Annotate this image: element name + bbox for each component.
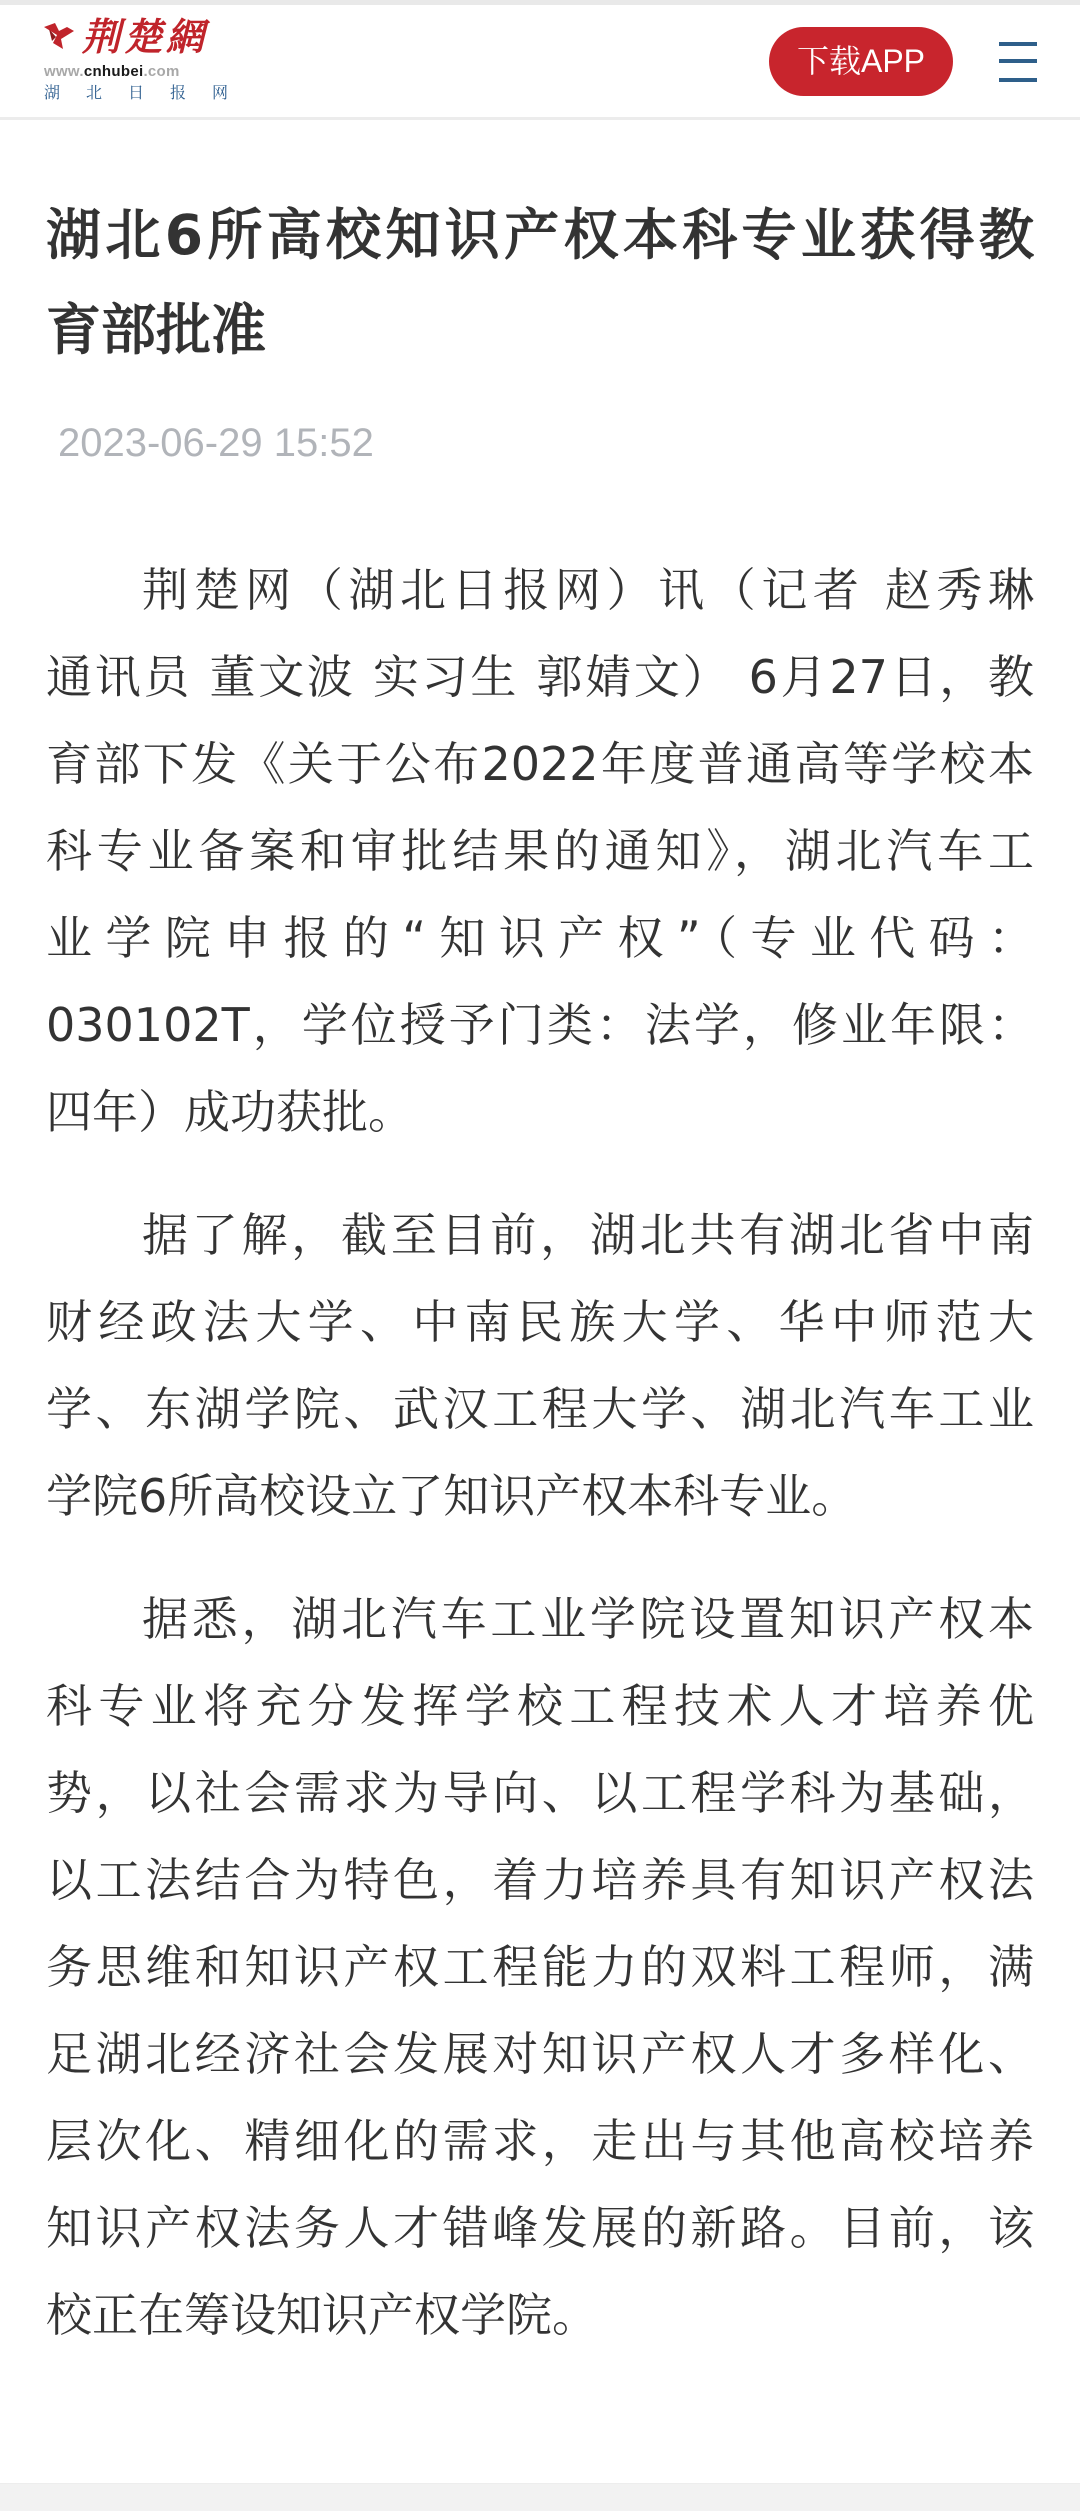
paragraph-line: 业学院申报的“知识产权”（专业代码： [46, 895, 1034, 982]
paragraph-2: 据了解，截至目前，湖北共有湖北省中南 财经政法大学、中南民族大学、华中师范大 学… [46, 1192, 1034, 1540]
paragraph-line: 学、东湖学院、武汉工程大学、湖北汽车工业 [46, 1366, 1034, 1453]
paragraph-3: 据悉，湖北汽车工业学院设置知识产权本 科专业将充分发挥学校工程技术人才培养优 势… [46, 1576, 1034, 2359]
logo-mark-icon [43, 23, 75, 49]
menu-line [999, 59, 1037, 63]
paragraph-line: 层次化、精细化的需求，走出与其他高校培养 [46, 2098, 1034, 2185]
logo-subtitle-char: 日 [128, 84, 144, 102]
download-app-button[interactable]: 下载APP [769, 27, 953, 96]
paragraph-line: 校正在筹设知识产权学院。 [46, 2272, 1034, 2359]
article-title: 湖北6所高校知识产权本科专业获得教 育部批准 [46, 188, 1034, 378]
logo-subtitle-char: 网 [212, 84, 228, 102]
logo-url-suffix: .com [143, 63, 179, 80]
paragraph-line: 育部下发《关于公布2022年度普通高等学校本 [46, 721, 1034, 808]
paragraph-line: 030102T，学位授予门类：法学，修业年限： [46, 982, 1034, 1069]
paragraph-line: 知识产权法务人才错峰发展的新路。目前，该 [46, 2185, 1034, 2272]
paragraph-line: 势，以社会需求为导向、以工程学科为基础， [46, 1750, 1034, 1837]
paragraph-line: 据悉，湖北汽车工业学院设置知识产权本 [46, 1576, 1034, 1663]
site-logo[interactable]: 荆楚網 www.cnhubei.com 湖 北 日 报 网 [40, 19, 240, 111]
paragraph-1: 荆楚网（湖北日报网）讯（记者 赵秀琳 通讯员 董文波 实习生 郭婧文） 6月27… [46, 547, 1034, 1156]
title-line: 湖北6所高校知识产权本科专业获得教 [46, 188, 1034, 283]
paragraph-line: 足湖北经济社会发展对知识产权人才多样化、 [46, 2011, 1034, 2098]
page-footer [0, 2483, 1080, 2511]
logo-subtitle: 湖 北 日 报 网 [44, 84, 228, 102]
paragraph-line: 财经政法大学、中南民族大学、华中师范大 [46, 1279, 1034, 1366]
paragraph-line: 通讯员 董文波 实习生 郭婧文） 6月27日，教 [46, 634, 1034, 721]
paragraph-line: 据了解，截至目前，湖北共有湖北省中南 [46, 1192, 1034, 1279]
logo-subtitle-char: 报 [170, 84, 186, 102]
publish-date: 2023-06-29 15:52 [58, 418, 374, 468]
paragraph-line: 荆楚网（湖北日报网）讯（记者 赵秀琳 [46, 547, 1034, 634]
logo-brand-text: 荆楚網 [82, 17, 208, 57]
logo-url-prefix: www. [44, 63, 84, 80]
menu-line [999, 78, 1037, 82]
paragraph-line: 四年）成功获批。 [46, 1069, 1034, 1156]
hamburger-menu-icon[interactable] [992, 33, 1044, 87]
paragraph-line: 以工法结合为特色，着力培养具有知识产权法 [46, 1837, 1034, 1924]
paragraph-line: 学院6所高校设立了知识产权本科专业。 [46, 1453, 1034, 1540]
logo-subtitle-char: 湖 [44, 84, 60, 102]
paragraph-line: 务思维和知识产权工程能力的双料工程师，满 [46, 1924, 1034, 2011]
menu-line [999, 42, 1037, 46]
title-line: 育部批准 [46, 283, 1034, 378]
paragraph-line: 科专业将充分发挥学校工程技术人才培养优 [46, 1663, 1034, 1750]
logo-url: www.cnhubei.com [44, 64, 180, 80]
site-header: 荆楚網 www.cnhubei.com 湖 北 日 报 网 下载APP [0, 5, 1080, 120]
logo-url-domain: cnhubei [84, 63, 144, 80]
paragraph-line: 科专业备案和审批结果的通知》，湖北汽车工 [46, 808, 1034, 895]
logo-subtitle-char: 北 [86, 84, 102, 102]
